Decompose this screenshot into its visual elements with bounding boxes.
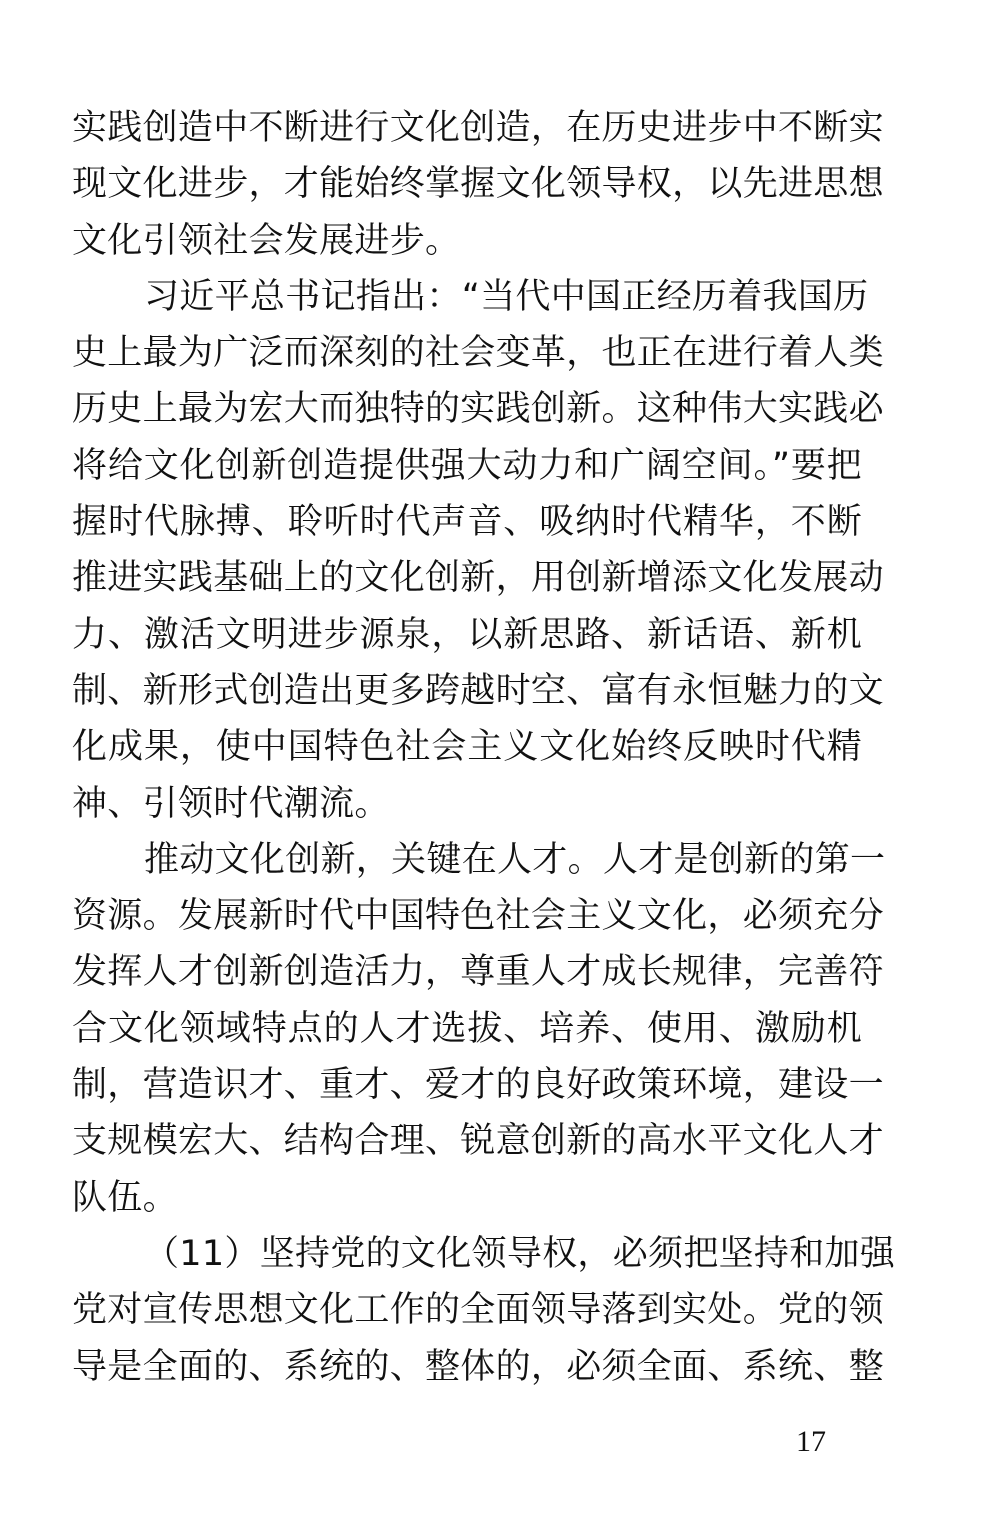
text-line: 文化引领社会发展进步。	[72, 213, 862, 269]
text-line: 力、激活文明进步源泉，以新思路、新话语、新机	[72, 607, 862, 663]
text-line: 现文化进步，才能始终掌握文化领导权，以先进思想	[72, 156, 862, 212]
text-line: 推进实践基础上的文化创新，用创新增添文化发展动	[72, 550, 862, 606]
paragraph-2: 习近平总书记指出：“当代中国正经历着我国历 史上最为广泛而深刻的社会变革，也正在…	[72, 269, 862, 832]
text-line: 资源。发展新时代中国特色社会主义文化，必须充分	[72, 888, 862, 944]
text-line: 导是全面的、系统的、整体的，必须全面、系统、整	[72, 1339, 862, 1395]
text-line: 神、引领时代潮流。	[72, 776, 862, 832]
text-line: 化成果，使中国特色社会主义文化始终反映时代精	[72, 719, 862, 775]
text-line: 发挥人才创新创造活力，尊重人才成长规律，完善符	[72, 944, 862, 1000]
text-line: 握时代脉搏、聆听时代声音、吸纳时代精华，不断	[72, 494, 862, 550]
text-line: 史上最为广泛而深刻的社会变革，也正在进行着人类	[72, 325, 862, 381]
paragraph-1: 实践创造中不断进行文化创造，在历史进步中不断实 现文化进步，才能始终掌握文化领导…	[72, 100, 862, 269]
paragraph-3: 推动文化创新，关键在人才。人才是创新的第一 资源。发展新时代中国特色社会主义文化…	[72, 832, 862, 1226]
text-line: 制，营造识才、重才、爱才的良好政策环境，建设一	[72, 1057, 862, 1113]
text-line: 将给文化创新创造提供强大动力和广阔空间。”要把	[72, 438, 862, 494]
paragraph-4: （11）坚持党的文化领导权，必须把坚持和加强 党对宣传思想文化工作的全面领导落到…	[72, 1226, 862, 1395]
text-line: （11）坚持党的文化领导权，必须把坚持和加强	[72, 1226, 862, 1282]
document-page: 实践创造中不断进行文化创造，在历史进步中不断实 现文化进步，才能始终掌握文化领导…	[72, 100, 862, 1395]
text-line: 支规模宏大、结构合理、锐意创新的高水平文化人才	[72, 1113, 862, 1169]
text-line: 党对宣传思想文化工作的全面领导落到实处。党的领	[72, 1282, 862, 1338]
page-number: 17	[796, 1425, 826, 1459]
text-line: 实践创造中不断进行文化创造，在历史进步中不断实	[72, 100, 862, 156]
text-line: 队伍。	[72, 1170, 862, 1226]
text-line: 合文化领域特点的人才选拔、培养、使用、激励机	[72, 1001, 862, 1057]
text-line: 历史上最为宏大而独特的实践创新。这种伟大实践必	[72, 381, 862, 437]
text-line: 习近平总书记指出：“当代中国正经历着我国历	[72, 269, 862, 325]
text-line: 制、新形式创造出更多跨越时空、富有永恒魅力的文	[72, 663, 862, 719]
text-line: 推动文化创新，关键在人才。人才是创新的第一	[72, 832, 862, 888]
